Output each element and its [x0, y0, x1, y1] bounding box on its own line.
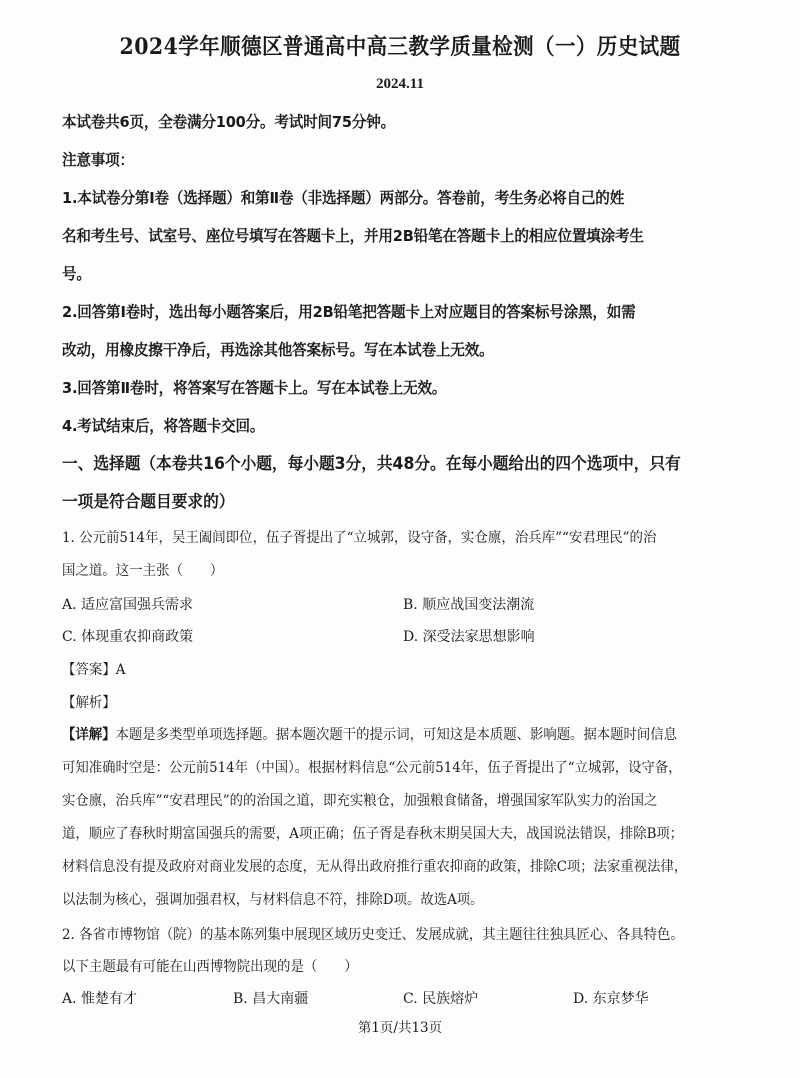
detail-line: 实仓廪，治兵库”“安君理民”的的治国之道，即充实粮仓，加强粮食储备，增强国家军队…: [62, 790, 657, 810]
notice-line: 号。: [62, 262, 91, 284]
detail-text: 本题是多类型单项选择题。据本题次题干的提示词，可知这是本质题、影响题。据本题时间…: [115, 727, 677, 743]
section-heading: 一项是符合题目要求的）: [62, 488, 234, 512]
notice-heading: 注意事项：: [62, 148, 134, 170]
exam-page: 2024学年顺德区普通高中高三教学质量检测（一）历史试题 2024.11 本试卷…: [0, 0, 800, 1078]
question-stem: 1. 公元前514年，吴王阖闾即位，伍子胥提出了“立城郭，设守备，实仓廪，治兵库…: [62, 527, 656, 547]
detail-tag: 【详解】: [62, 727, 115, 743]
answer-label: 【答案】A: [62, 659, 125, 679]
option-b: B. 昌大南疆: [233, 988, 308, 1008]
question-stem: 国之道。这一主张（ ）: [62, 560, 223, 580]
section-heading: 一、选择题（本卷共16个小题，每小题3分，共48分。在每小题给出的四个选项中，只…: [62, 450, 681, 474]
notice-line: 4.考试结束后，将答题卡交回。: [62, 414, 264, 436]
notice-line: 2.回答第Ⅰ卷时，选出每小题答案后，用2B铅笔把答题卡上对应题目的答案标号涂黑，…: [62, 300, 636, 322]
question-stem: 2. 各省市博物馆（院）的基本陈列集中展现区域历史变迁、发展成就，其主题往往独具…: [62, 924, 684, 944]
option-a: A. 适应富国强兵需求: [62, 594, 193, 614]
notice-line: 3.回答第Ⅱ卷时，将答案写在答题卡上。写在本试卷上无效。: [62, 376, 446, 398]
exam-intro: 本试卷共6页，全卷满分100分。考试时间75分钟。: [62, 110, 395, 132]
detail-line: 道，顺应了春秋时期富国强兵的需要，A项正确；伍子胥是春秋末期吴国大夫，战国说法错…: [62, 823, 683, 843]
detail-line: 【详解】本题是多类型单项选择题。据本题次题干的提示词，可知这是本质题、影响题。据…: [62, 724, 677, 744]
notice-line: 改动，用橡皮擦干净后，再选涂其他答案标号。写在本试卷上无效。: [62, 338, 493, 360]
option-d: D. 深受法家思想影响: [403, 626, 535, 646]
option-d: D. 东京梦华: [573, 988, 649, 1008]
exam-date: 2024.11: [0, 76, 800, 93]
detail-line: 材料信息没有提及政府对商业发展的态度，无从得出政府推行重农抑商的政策，排除C项；…: [62, 856, 687, 876]
page-number: 第1页/共13页: [0, 1016, 800, 1036]
option-c: C. 民族熔炉: [403, 988, 478, 1008]
page-title: 2024学年顺德区普通高中高三教学质量检测（一）历史试题: [28, 30, 772, 61]
option-a: A. 惟楚有才: [62, 988, 137, 1008]
notice-line: 1.本试卷分第Ⅰ卷（选择题）和第Ⅱ卷（非选择题）两部分。答卷前，考生务必将自己的…: [62, 186, 624, 208]
question-stem: 以下主题最有可能在山西博物院出现的是（ ）: [62, 956, 358, 976]
option-b: B. 顺应战国变法潮流: [403, 594, 534, 614]
notice-line: 名和考生号、试室号、座位号填写在答题卡上，并用2B铅笔在答题卡上的相应位置填涂考…: [62, 224, 644, 246]
option-c: C. 体现重农抑商政策: [62, 626, 193, 646]
detail-line: 可知准确时空是：公元前514年（中国）。根据材料信息“公元前514年，伍子胥提出…: [62, 757, 682, 777]
detail-line: 以法制为核心，强调加强君权，与材料信息不符，排除D项。故选A项。: [62, 889, 483, 909]
analysis-label: 【解析】: [62, 692, 116, 712]
